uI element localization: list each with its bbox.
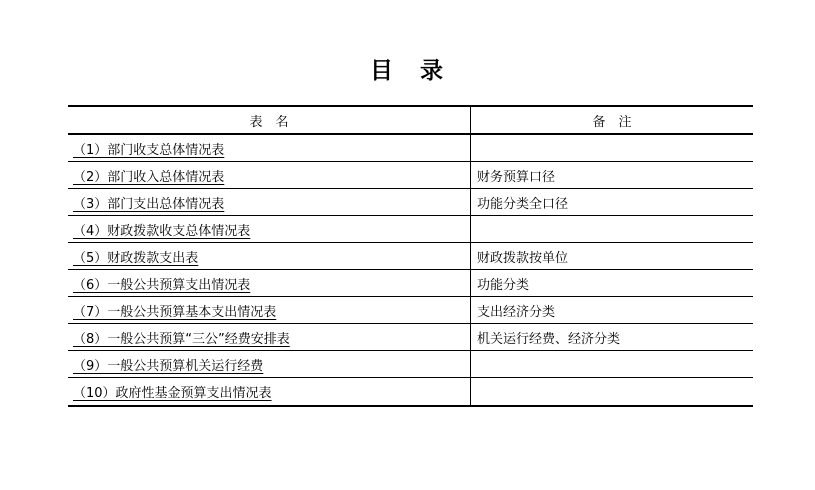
toc-link-2[interactable]: （2）部门收入总体情况表 — [73, 166, 224, 185]
document-page: 目 录 表 名 备 注 （1）部门收支总体情况表 （2）部门收入总体情况表 财务… — [0, 0, 815, 490]
toc-link-10[interactable]: （10）政府性基金预算支出情况表 — [73, 382, 272, 401]
table-row: （9）一般公共预算机关运行经费 — [68, 351, 753, 378]
toc-table: 表 名 备 注 （1）部门收支总体情况表 （2）部门收入总体情况表 财务预算口径… — [68, 105, 753, 407]
toc-link-7[interactable]: （7）一般公共预算基本支出情况表 — [73, 301, 276, 320]
page-title: 目 录 — [0, 52, 815, 85]
toc-link-9[interactable]: （9）一般公共预算机关运行经费 — [73, 355, 263, 374]
table-row: （4）财政拨款收支总体情况表 — [68, 216, 753, 243]
table-row: （1）部门收支总体情况表 — [68, 135, 753, 162]
remark-text — [471, 216, 753, 242]
table-row: （3）部门支出总体情况表 功能分类全口径 — [68, 189, 753, 216]
remark-text: 财政拨款按单位 — [471, 243, 753, 269]
remark-text: 财务预算口径 — [471, 162, 753, 188]
remark-text: 支出经济分类 — [471, 297, 753, 323]
table-row: （6）一般公共预算支出情况表 功能分类 — [68, 270, 753, 297]
toc-link-6[interactable]: （6）一般公共预算支出情况表 — [73, 274, 250, 293]
remark-text: 机关运行经费、经济分类 — [471, 324, 753, 350]
toc-link-1[interactable]: （1）部门收支总体情况表 — [73, 139, 224, 158]
table-row: （7）一般公共预算基本支出情况表 支出经济分类 — [68, 297, 753, 324]
toc-link-4[interactable]: （4）财政拨款收支总体情况表 — [73, 220, 250, 239]
table-row: （5）财政拨款支出表 财政拨款按单位 — [68, 243, 753, 270]
remark-text — [471, 351, 753, 377]
column-header-remark: 备 注 — [471, 107, 753, 133]
toc-link-3[interactable]: （3）部门支出总体情况表 — [73, 193, 224, 212]
remark-text: 功能分类全口径 — [471, 189, 753, 215]
table-row: （8）一般公共预算“三公”经费安排表 机关运行经费、经济分类 — [68, 324, 753, 351]
toc-link-5[interactable]: （5）财政拨款支出表 — [73, 247, 198, 266]
remark-text: 功能分类 — [471, 270, 753, 296]
table-header-row: 表 名 备 注 — [68, 107, 753, 135]
table-row: （2）部门收入总体情况表 财务预算口径 — [68, 162, 753, 189]
column-header-table-name: 表 名 — [68, 107, 471, 133]
remark-text — [471, 135, 753, 161]
toc-link-8[interactable]: （8）一般公共预算“三公”经费安排表 — [73, 328, 290, 347]
table-row: （10）政府性基金预算支出情况表 — [68, 378, 753, 405]
remark-text — [471, 378, 753, 405]
